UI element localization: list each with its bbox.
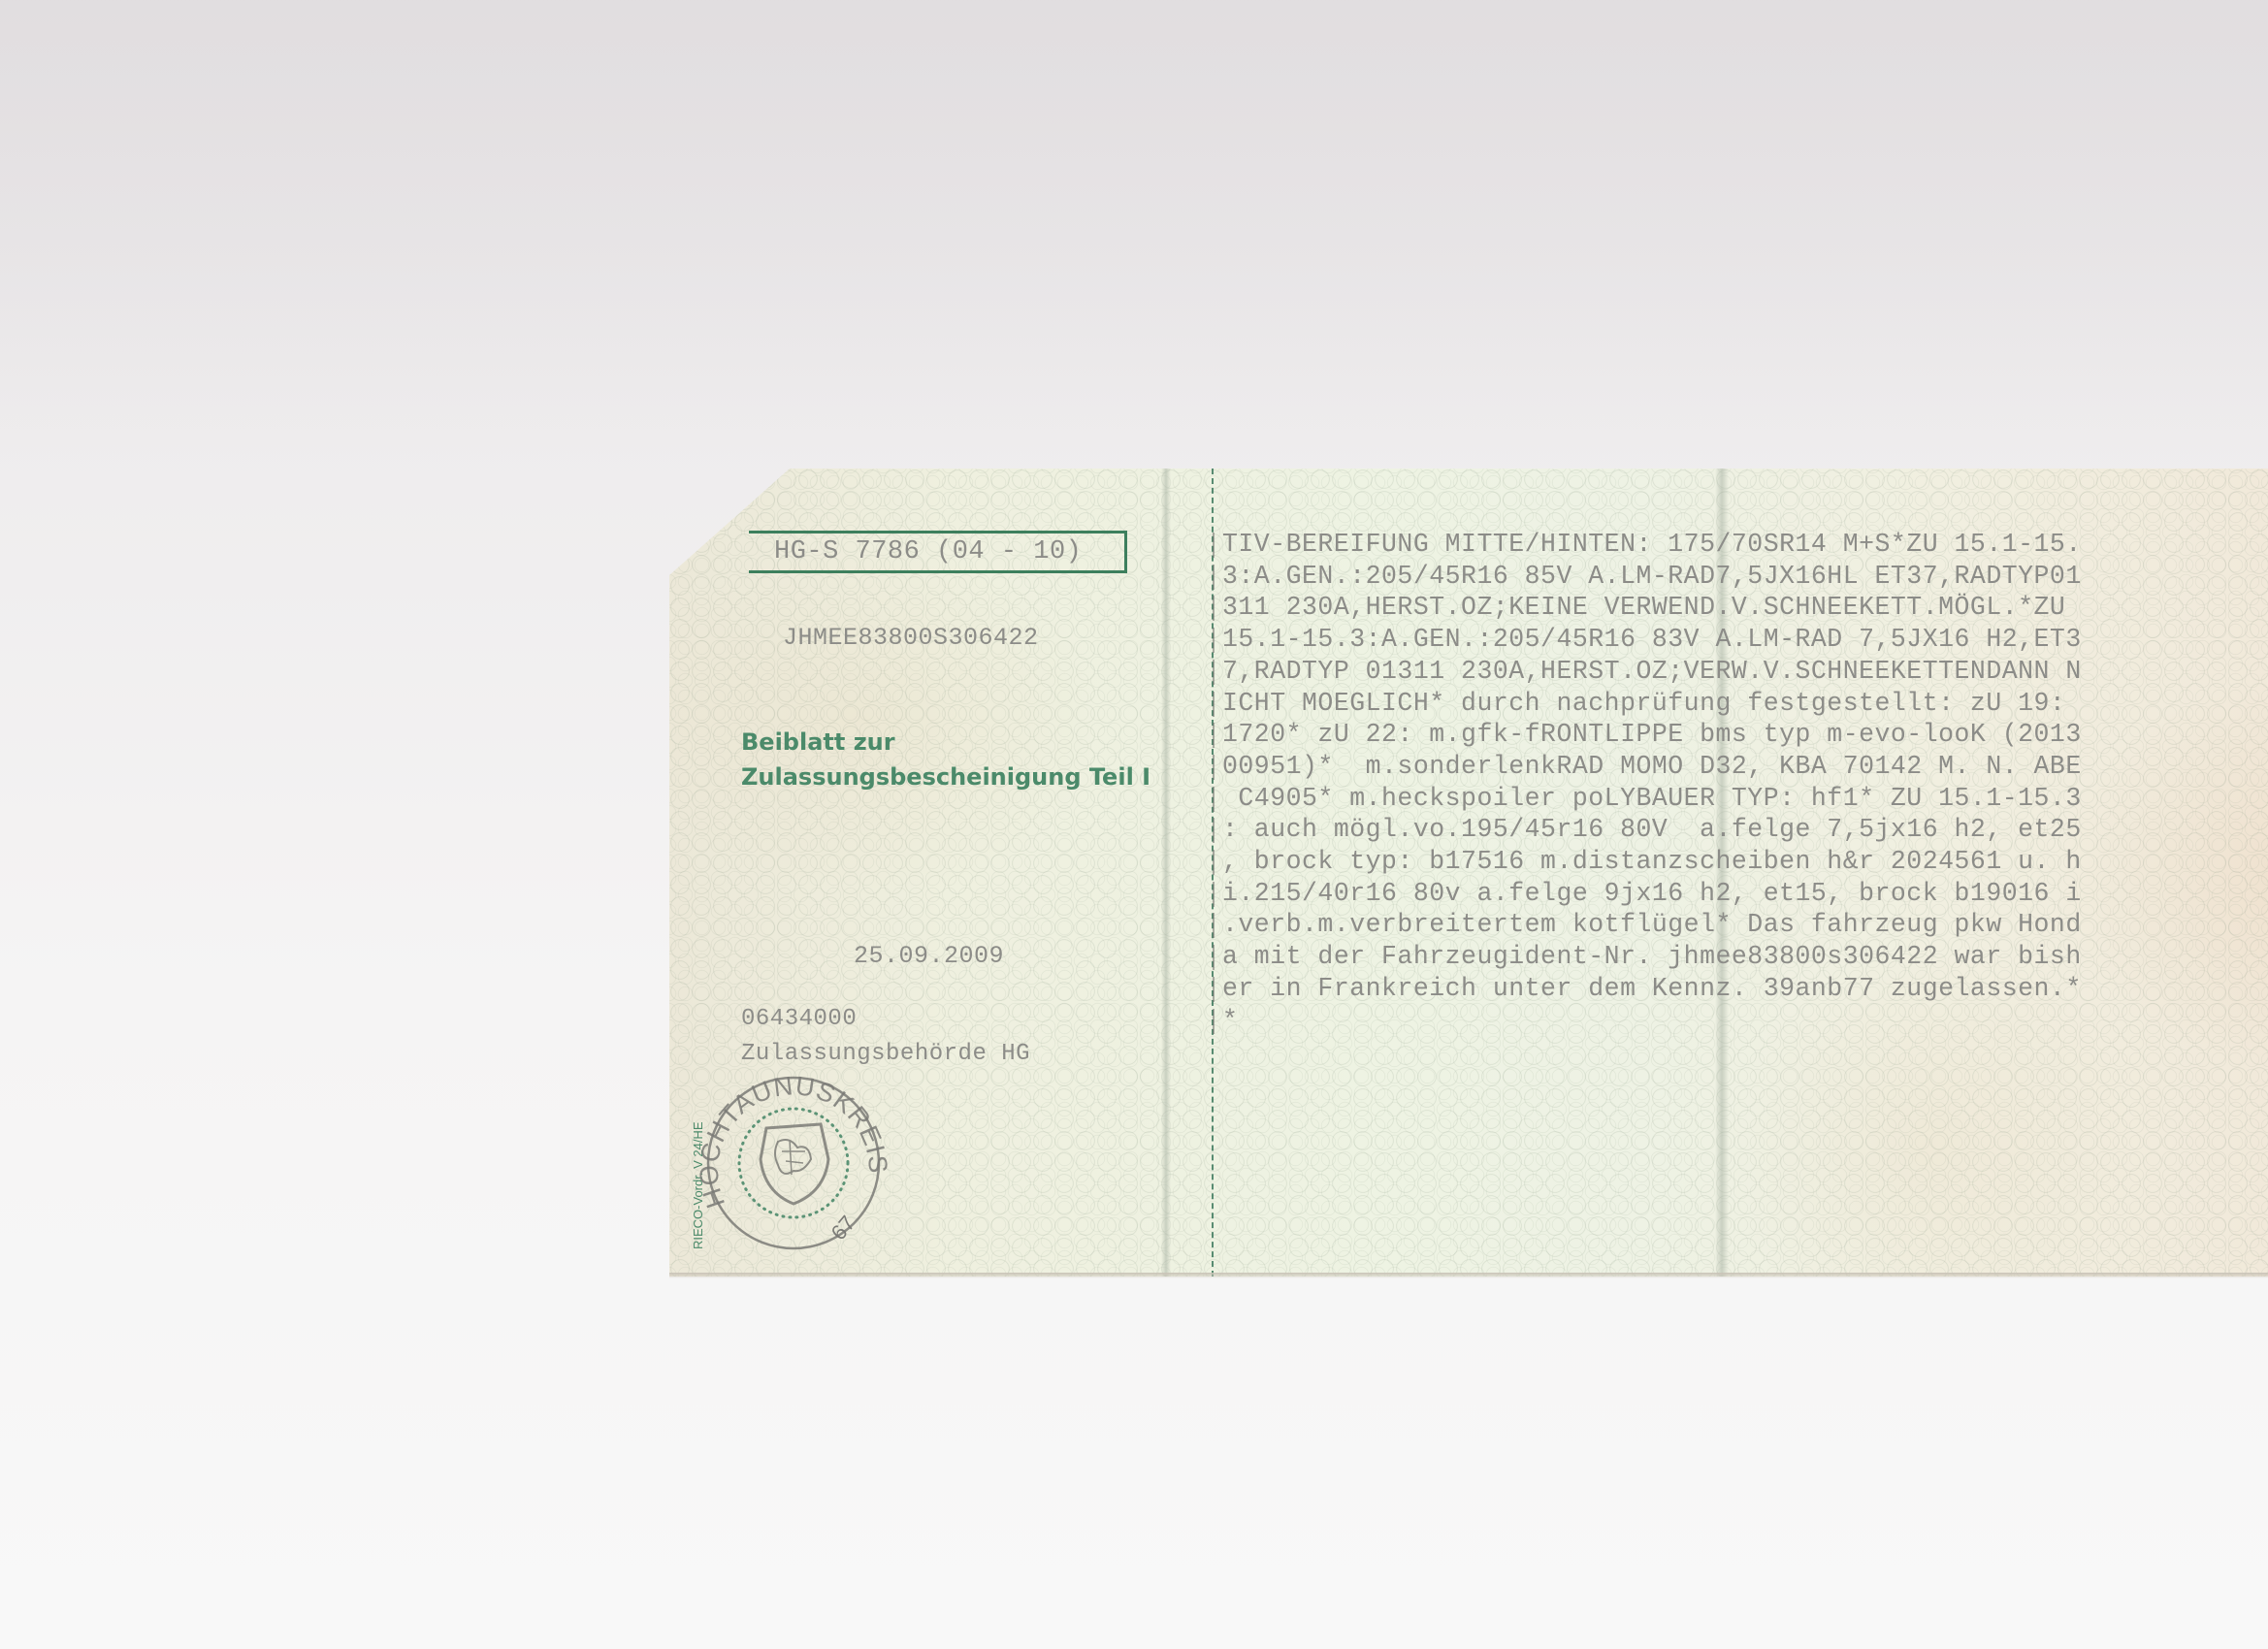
registration-supplement-sheet: HG-S 7786 (04 - 10) JHMEE83800S306422 Be… xyxy=(669,469,2268,1277)
remarks-block: TIV-BEREIFUNG MITTE/HINTEN: 175/70SR14 M… xyxy=(1222,529,2212,1036)
coat-of-arms-icon xyxy=(761,1124,828,1204)
remarks-line: TIV-BEREIFUNG MITTE/HINTEN: 175/70SR14 M… xyxy=(1222,529,2212,561)
remarks-line: * xyxy=(1222,1005,2212,1037)
svg-text:HOCHTAUNUSKREIS: HOCHTAUNUSKREIS xyxy=(697,1071,891,1212)
scanner-background xyxy=(0,0,2268,456)
remarks-line: ICHT MOEGLICH* durch nachprüfung festges… xyxy=(1222,688,2212,720)
remarks-line: : auch mögl.vo.195/45r16 80V a.felge 7,5… xyxy=(1222,814,2212,846)
remarks-line: 7,RADTYP 01311 230A,HERST.OZ;VERW.V.SCHN… xyxy=(1222,656,2212,688)
remarks-line: 311 230A,HERST.OZ;KEINE VERWEND.V.SCHNEE… xyxy=(1222,592,2212,624)
remarks-line: a mit der Fahrzeugident-Nr. jhmee83800s3… xyxy=(1222,941,2212,973)
plate-validity-box: HG-S 7786 (04 - 10) xyxy=(749,531,1127,573)
document-title-line2: Zulassungsbescheinigung Teil I xyxy=(741,760,1150,794)
remarks-line: 3:A.GEN.:205/45R16 85V A.LM-RAD7,5JX16HL… xyxy=(1222,561,2212,593)
remarks-line: C4905* m.heckspoiler poLYBAUER TYP: hf1*… xyxy=(1222,783,2212,815)
sheet-edge-shadow xyxy=(669,1273,2268,1278)
fold-line xyxy=(1161,469,1171,1277)
remarks-line: , brock typ: b17516 m.distanzscheiben h&… xyxy=(1222,846,2212,878)
remarks-line: .verb.m.verbreitertem kotflügel* Das fah… xyxy=(1222,909,2212,941)
remarks-line: i.215/40r16 80v a.felge 9jx16 h2, et15, … xyxy=(1222,878,2212,910)
document-title: Beiblatt zur Zulassungsbescheinigung Tei… xyxy=(741,725,1150,794)
remarks-line: 15.1-15.3:A.GEN.:205/45R16 83V A.LM-RAD … xyxy=(1222,624,2212,656)
document-title-line1: Beiblatt zur xyxy=(741,725,1150,760)
authority-code: 06434000 xyxy=(741,1006,857,1032)
remarks-line: 1720* zU 22: m.gfk-fRONTLIPPE bms typ m-… xyxy=(1222,719,2212,751)
remarks-line: 00951)* m.sonderlenkRAD MOMO D32, KBA 70… xyxy=(1222,751,2212,783)
remarks-line: er in Frankreich unter dem Kennz. 39anb7… xyxy=(1222,973,2212,1005)
vehicle-identification-number: JHMEE83800S306422 xyxy=(783,624,1039,652)
seal-stamp-icon: HOCHTAUNUSKREIS 67 xyxy=(697,1058,891,1252)
seal-text: HOCHTAUNUSKREIS xyxy=(697,1071,891,1212)
official-seal: HOCHTAUNUSKREIS 67 xyxy=(697,1058,891,1252)
plate-validity: HG-S 7786 (04 - 10) xyxy=(774,537,1082,566)
issue-date: 25.09.2009 xyxy=(854,942,1004,970)
